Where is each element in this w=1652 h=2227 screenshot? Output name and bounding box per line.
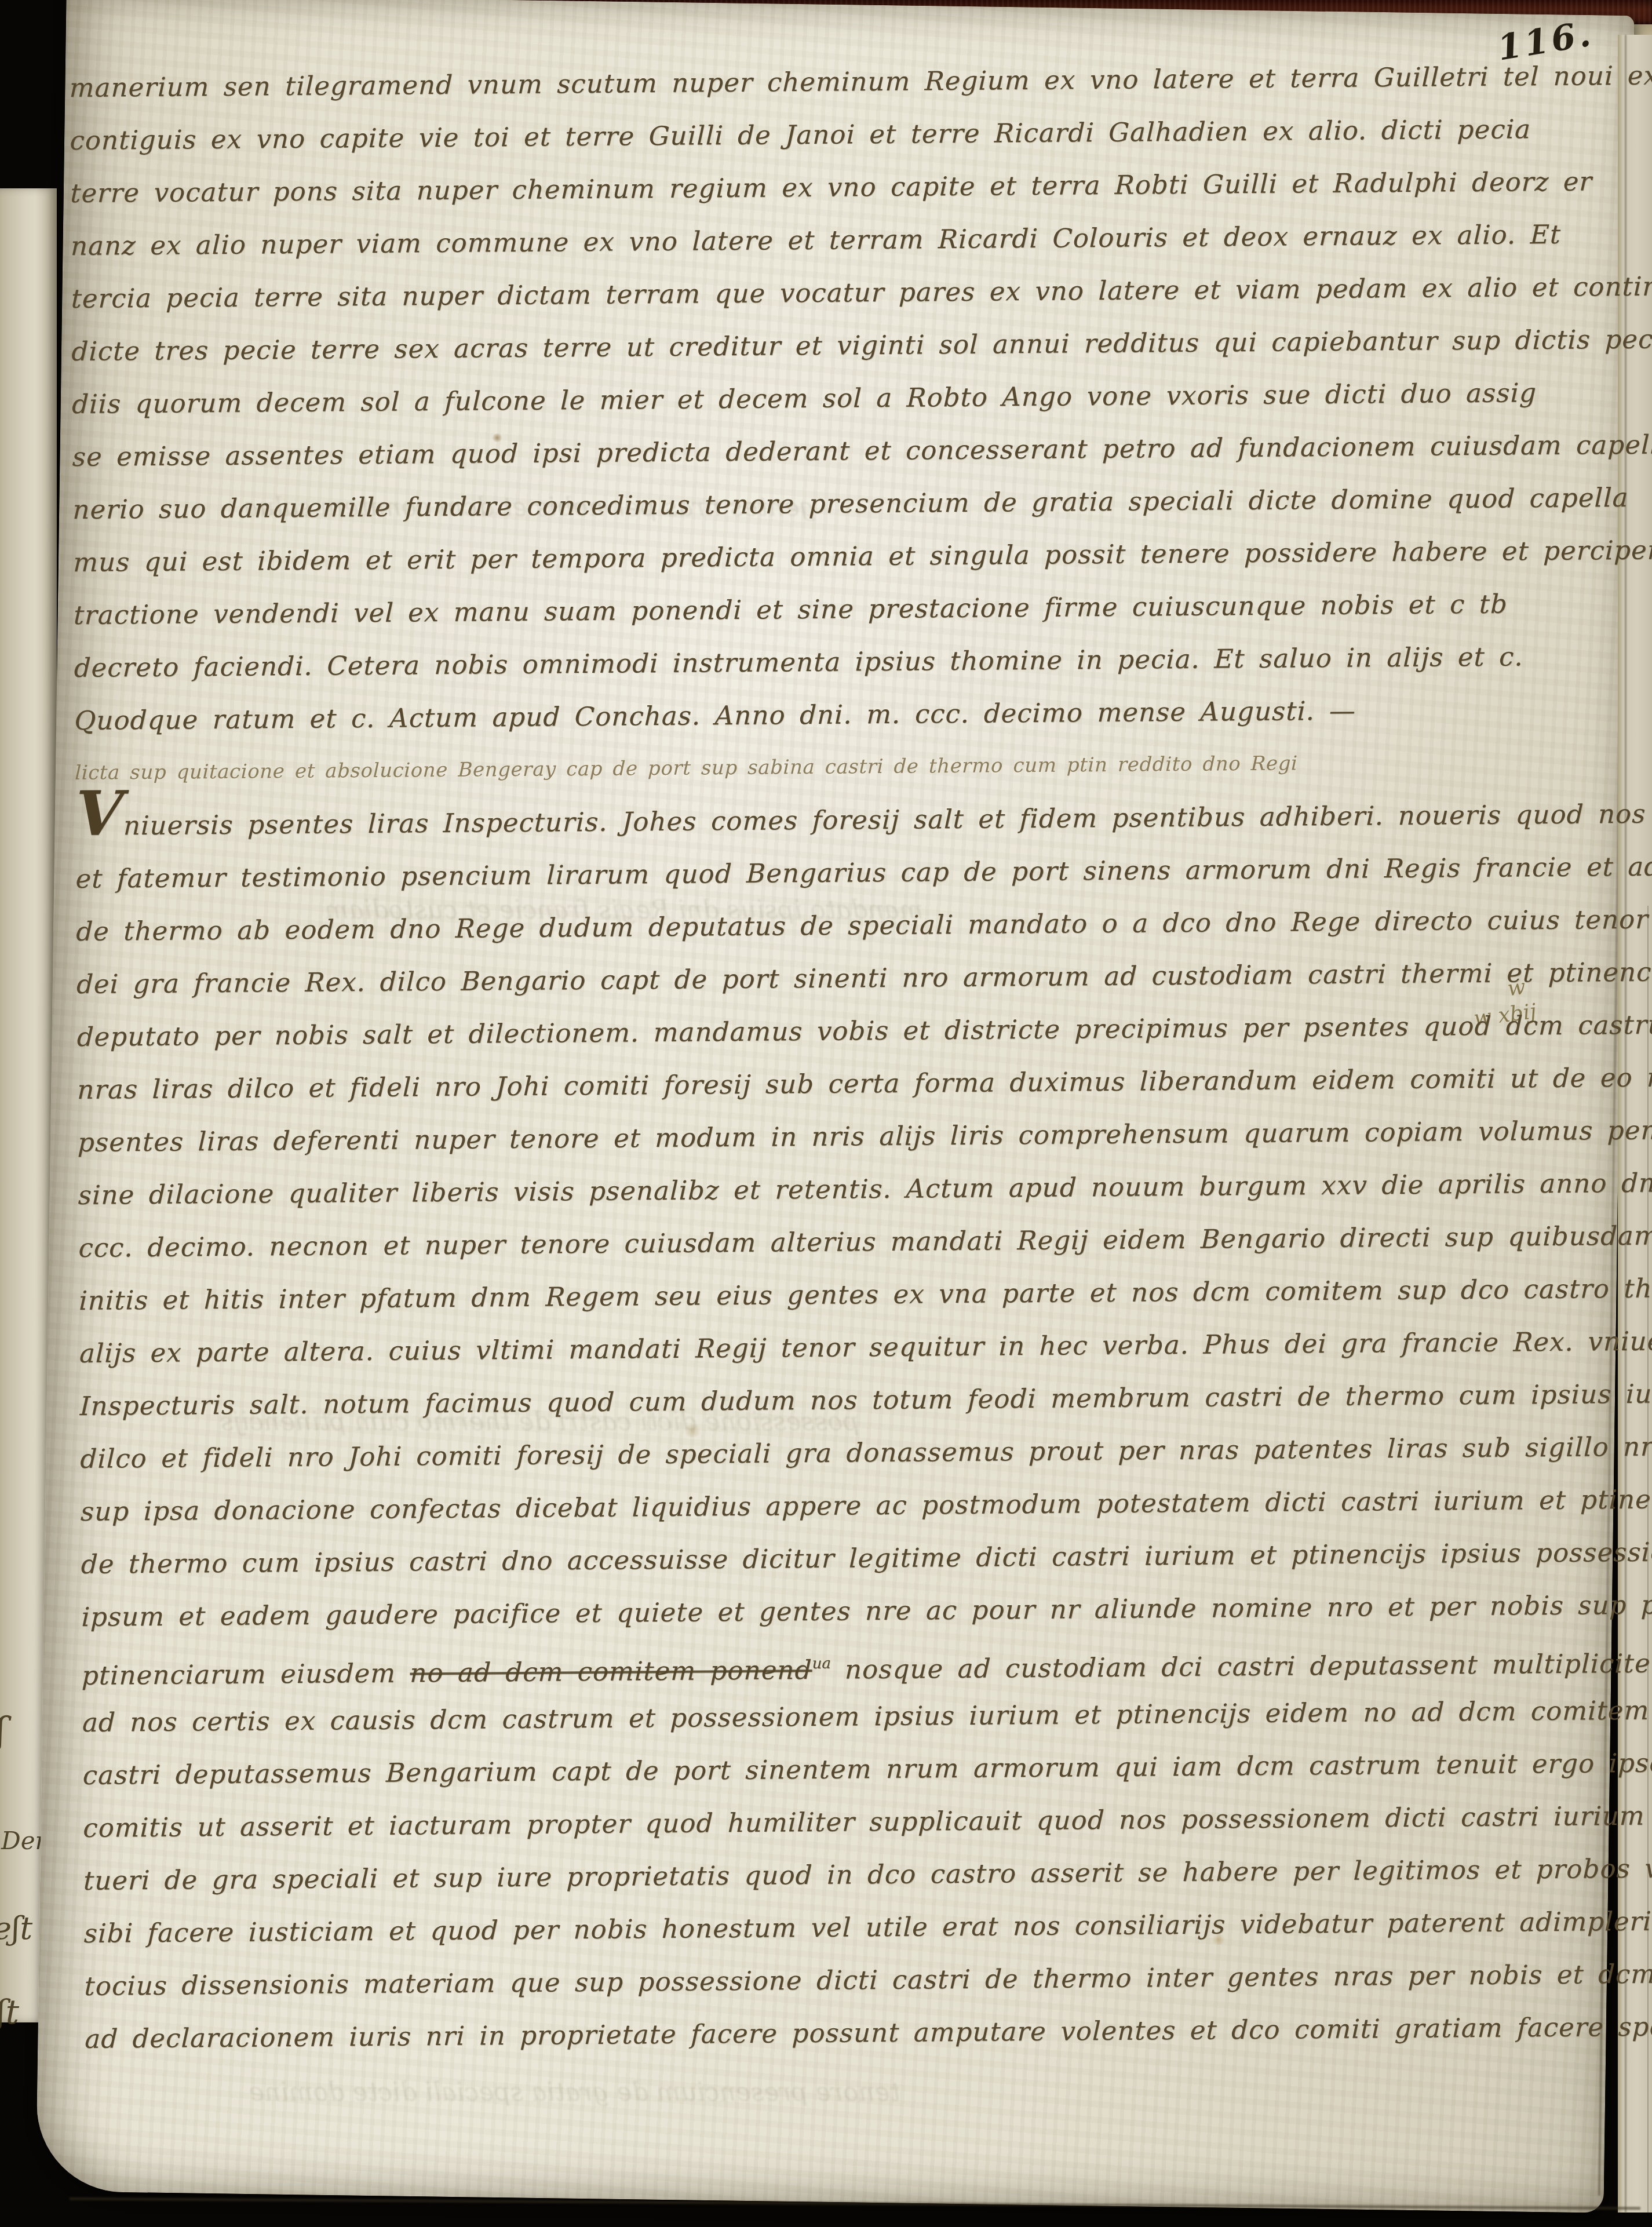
manuscript-scan: ʃ Den eʃt ʃt gentes nras per nobis et dc… — [0, 0, 1652, 2227]
line-segment: nosque ad custodiam dci castri deputasse… — [830, 1644, 1652, 1685]
superscript-insertion: ua — [812, 1655, 831, 1672]
margin-mark: ʃt — [0, 1992, 19, 2032]
struck-text: no ad dcm comitem ponend — [410, 1654, 812, 1688]
margin-mark: ʃ — [0, 1708, 6, 1753]
bleedthrough-text: tenore presencium de gratia speciali dic… — [249, 2077, 900, 2107]
margin-mark: eʃt — [0, 1910, 32, 1947]
text-block: manerium sen tilegramend vnum scutum nup… — [68, 50, 1533, 2065]
line-segment: ptinenciarum eiusdem — [81, 1657, 410, 1690]
